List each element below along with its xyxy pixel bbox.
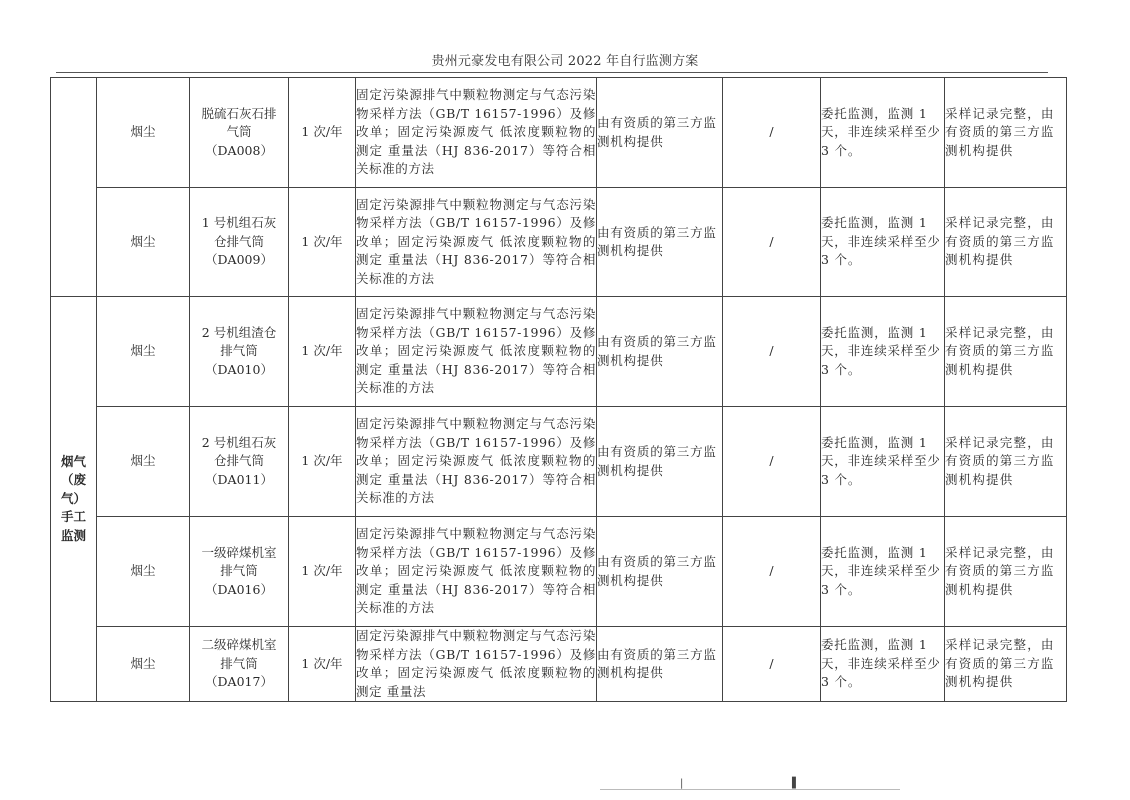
instrument-cell: / [723, 78, 821, 188]
instrument-cell: / [723, 188, 821, 297]
remark-cell: 委托监测，监测 1 天，非连续采样至少 3 个。 [821, 297, 945, 407]
method-cell: 固定污染源排气中颗粒物测定与气态污染物采样方法（GB/T 16157-1996）… [356, 297, 597, 407]
scan-artifact: ▌ [792, 778, 800, 789]
qc-cell: 采样记录完整，由有资质的第三方监测机构提供 [945, 78, 1067, 188]
monitoring-point-cell: 一级碎煤机室排气筒（DA016） [190, 517, 289, 627]
frequency-cell: 1 次/年 [289, 407, 356, 517]
table-row: 烟尘 1 号机组石灰仓排气筒（DA009） 1 次/年 固定污染源排气中颗粒物测… [51, 188, 1067, 297]
frequency-cell: 1 次/年 [289, 78, 356, 188]
remark-cell: 委托监测，监测 1 天，非连续采样至少 3 个。 [821, 517, 945, 627]
method-cell: 固定污染源排气中颗粒物测定与气态污染物采样方法（GB/T 16157-1996）… [356, 407, 597, 517]
instrument-cell: / [723, 517, 821, 627]
pollutant-cell: 烟尘 [97, 78, 190, 188]
monitoring-point-cell: 2 号机组石灰仓排气筒（DA011） [190, 407, 289, 517]
qc-cell: 采样记录完整，由有资质的第三方监测机构提供 [945, 188, 1067, 297]
provider-cell: 由有资质的第三方监测机构提供 [597, 297, 723, 407]
provider-cell: 由有资质的第三方监测机构提供 [597, 78, 723, 188]
category-cell-flue-gas: 烟气（废气）手工监测 [51, 297, 97, 702]
category-label: 烟气（废气）手工监测 [60, 453, 88, 546]
provider-cell: 由有资质的第三方监测机构提供 [597, 627, 723, 702]
header-divider [56, 72, 1048, 73]
method-cell: 固定污染源排气中颗粒物测定与气态污染物采样方法（GB/T 16157-1996）… [356, 78, 597, 188]
provider-cell: 由有资质的第三方监测机构提供 [597, 517, 723, 627]
qc-cell: 采样记录完整，由有资质的第三方监测机构提供 [945, 297, 1067, 407]
method-cell: 固定污染源排气中颗粒物测定与气态污染物采样方法（GB/T 16157-1996）… [356, 188, 597, 297]
monitoring-point-cell: 二级碎煤机室排气筒（DA017） [190, 627, 289, 702]
instrument-cell: / [723, 627, 821, 702]
frequency-cell: 1 次/年 [289, 188, 356, 297]
table-row: 烟尘 一级碎煤机室排气筒（DA016） 1 次/年 固定污染源排气中颗粒物测定与… [51, 517, 1067, 627]
monitoring-point-cell: 脱硫石灰石排气筒（DA008） [190, 78, 289, 188]
method-cell: 固定污染源排气中颗粒物测定与气态污染物采样方法（GB/T 16157-1996）… [356, 517, 597, 627]
pollutant-cell: 烟尘 [97, 517, 190, 627]
instrument-cell: / [723, 407, 821, 517]
qc-cell: 采样记录完整，由有资质的第三方监测机构提供 [945, 407, 1067, 517]
frequency-cell: 1 次/年 [289, 517, 356, 627]
monitoring-plan-table: 烟尘 脱硫石灰石排气筒（DA008） 1 次/年 固定污染源排气中颗粒物测定与气… [50, 77, 1067, 702]
remark-cell: 委托监测，监测 1 天，非连续采样至少 3 个。 [821, 188, 945, 297]
table-row: 烟尘 脱硫石灰石排气筒（DA008） 1 次/年 固定污染源排气中颗粒物测定与气… [51, 78, 1067, 188]
table-row: 烟气（废气）手工监测 烟尘 2 号机组渣仓排气筒（DA010） 1 次/年 固定… [51, 297, 1067, 407]
qc-cell: 采样记录完整，由有资质的第三方监测机构提供 [945, 517, 1067, 627]
page-footer-rule [600, 789, 900, 790]
frequency-cell: 1 次/年 [289, 297, 356, 407]
remark-cell: 委托监测，监测 1 天，非连续采样至少 3 个。 [821, 627, 945, 702]
pollutant-cell: 烟尘 [97, 297, 190, 407]
instrument-cell: / [723, 297, 821, 407]
monitoring-point-cell: 1 号机组石灰仓排气筒（DA009） [190, 188, 289, 297]
pollutant-cell: 烟尘 [97, 188, 190, 297]
method-cell: 固定污染源排气中颗粒物测定与气态污染物采样方法（GB/T 16157-1996）… [356, 627, 597, 702]
provider-cell: 由有资质的第三方监测机构提供 [597, 407, 723, 517]
remark-cell: 委托监测，监测 1 天，非连续采样至少 3 个。 [821, 407, 945, 517]
category-cell-top [51, 78, 97, 297]
remark-cell: 委托监测，监测 1 天，非连续采样至少 3 个。 [821, 78, 945, 188]
frequency-cell: 1 次/年 [289, 627, 356, 702]
pollutant-cell: 烟尘 [97, 627, 190, 702]
scan-artifact: | [680, 778, 683, 789]
document-header-title: 贵州元豪发电有限公司 2022 年自行监测方案 [0, 50, 1130, 69]
table-row: 烟尘 2 号机组石灰仓排气筒（DA011） 1 次/年 固定污染源排气中颗粒物测… [51, 407, 1067, 517]
qc-cell: 采样记录完整，由有资质的第三方监测机构提供 [945, 627, 1067, 702]
table-row: 烟尘 二级碎煤机室排气筒（DA017） 1 次/年 固定污染源排气中颗粒物测定与… [51, 627, 1067, 702]
monitoring-point-cell: 2 号机组渣仓排气筒（DA010） [190, 297, 289, 407]
provider-cell: 由有资质的第三方监测机构提供 [597, 188, 723, 297]
pollutant-cell: 烟尘 [97, 407, 190, 517]
